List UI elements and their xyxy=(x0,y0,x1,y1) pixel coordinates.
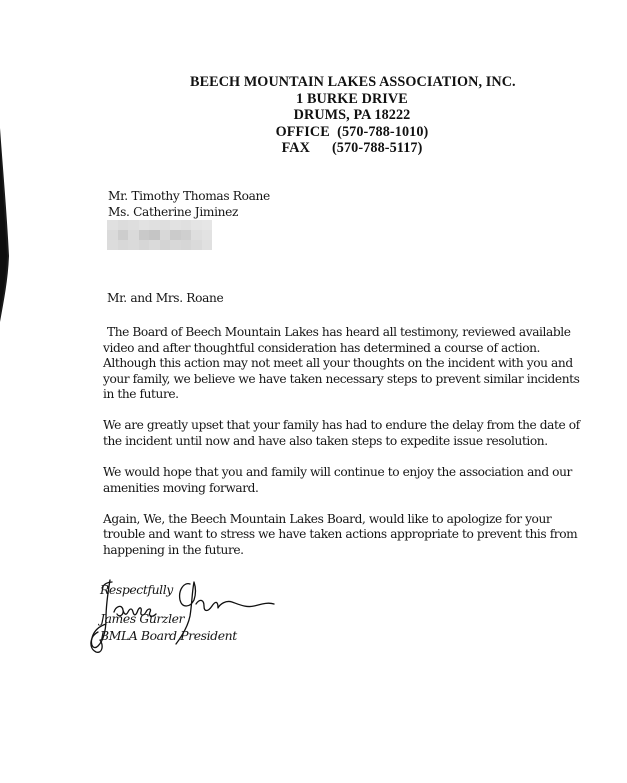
body-line: We would hope that you and family will c… xyxy=(103,465,593,481)
body-line: Although this action may not meet all yo… xyxy=(103,356,593,372)
letterhead: BEECH MOUNTAIN LAKES ASSOCIATION, INC. 1… xyxy=(190,74,514,157)
body-line: the incident until now and have also tak… xyxy=(103,434,593,450)
closing-block: Respectfully James Gurzler BMLA Board Pr… xyxy=(100,580,237,646)
scanned-letter-page: BEECH MOUNTAIN LAKES ASSOCIATION, INC. 1… xyxy=(0,0,627,783)
body-paragraph: We would hope that you and family will c… xyxy=(103,465,593,496)
fax-label: FAX xyxy=(282,140,310,156)
letter-body: The Board of Beech Mountain Lakes has he… xyxy=(103,325,593,574)
body-line: your family, we believe we have taken ne… xyxy=(103,372,593,388)
recipient-block: Mr. Timothy Thomas Roane Ms. Catherine J… xyxy=(108,188,270,220)
body-paragraph: Again, We, the Beech Mountain Lakes Boar… xyxy=(103,512,593,559)
office-phone-line: OFFICE (570-788-1010) xyxy=(190,124,514,141)
body-line: video and after thoughtful consideration… xyxy=(103,341,593,357)
city-state-zip: DRUMS, PA 18222 xyxy=(190,107,514,124)
recipient-name: Ms. Catherine Jiminez xyxy=(108,204,270,220)
fax-number: (570-788-5117) xyxy=(332,140,422,156)
fax-line: FAX(570-788-5117) xyxy=(190,140,514,157)
body-line: We are greatly upset that your family ha… xyxy=(103,418,593,434)
salutation: Mr. and Mrs. Roane xyxy=(107,291,223,305)
recipient-name: Mr. Timothy Thomas Roane xyxy=(108,188,270,204)
body-line: happening in the future. xyxy=(103,543,593,559)
office-label: OFFICE xyxy=(276,124,330,140)
body-paragraph: We are greatly upset that your family ha… xyxy=(103,418,593,449)
redacted-address-block xyxy=(107,220,212,250)
office-phone: (570-788-1010) xyxy=(337,124,428,140)
body-line: trouble and want to stress we have taken… xyxy=(103,527,593,543)
organization-name: BEECH MOUNTAIN LAKES ASSOCIATION, INC. xyxy=(190,74,514,91)
body-paragraph: The Board of Beech Mountain Lakes has he… xyxy=(103,325,593,403)
body-line: The Board of Beech Mountain Lakes has he… xyxy=(103,325,593,341)
signer-title: BMLA Board President xyxy=(100,626,237,646)
valediction: Respectfully xyxy=(100,580,237,600)
body-line: in the future. xyxy=(103,387,593,403)
body-line: amenities moving forward. xyxy=(103,481,593,497)
body-line: Again, We, the Beech Mountain Lakes Boar… xyxy=(103,512,593,528)
scanner-edge-shadow xyxy=(0,0,20,783)
street-address: 1 BURKE DRIVE xyxy=(190,91,514,108)
